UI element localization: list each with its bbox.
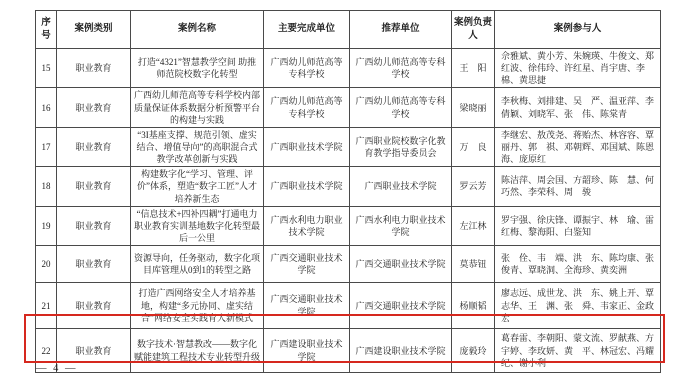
cell-leader: 庞毅玲	[452, 329, 495, 373]
cell-recommender: 广西交通职业技术学院	[350, 283, 452, 329]
cell-participants: 廖志远、成世龙、洪 东、姚上开、覃志华、王 渊、张 舜、韦家正、金政宏	[495, 283, 661, 329]
cell-leader: 罗云芳	[452, 167, 495, 206]
cell-leader: 莫恭钮	[452, 246, 495, 283]
cell-recommender: 广西水利电力职业技术学院	[350, 206, 452, 245]
header-participants: 案例参与人	[495, 11, 661, 49]
cell-recommender: 广西建设职业技术学院	[350, 329, 452, 373]
cell-no: 20	[36, 246, 57, 283]
cell-category: 职业教育	[57, 283, 131, 329]
cell-leader: 梁晓丽	[452, 88, 495, 127]
cell-category: 职业教育	[57, 206, 131, 245]
cell-main-unit: 广西交通职业技术学院	[264, 246, 350, 283]
header-main-unit: 主要完成单位	[264, 11, 350, 49]
cell-participants: 李继宏、敖茂尧、蒋贻杰、林容容、覃丽丹、郭 祺、邓朝辉、邓国斌、陈恩海、庞原红	[495, 127, 661, 166]
cell-participants: 张 佺、韦 端、洪 东、陈均康、张俊青、覃晓洞、全海珍、黄奕洲	[495, 246, 661, 283]
table-row: 21 职业教育 打造广西网络安全人才培养基地，构建“多元协同、虚实结合”网络安全…	[36, 283, 661, 329]
cell-participants: 李秋梅、刘排建、吴 严、温亚萍、李倩颖、刘晓军、张 伟、陈棠青	[495, 88, 661, 127]
cell-leader: 左江林	[452, 206, 495, 245]
cell-case-name: 打造“4321”智慧教学空间 助推师范院校数字化转型	[131, 49, 264, 88]
table-row: 20 职业教育 资源导向，任务驱动，数字化项目库管理从0到1的转型之路 广西交通…	[36, 246, 661, 283]
cell-category: 职业教育	[57, 49, 131, 88]
cell-category: 职业教育	[57, 167, 131, 206]
cell-case-name: “3I基座支撑、规范引领、虚实结合、增值导向”的高职混合式教学改革创新与实践	[131, 127, 264, 166]
cell-recommender: 广西幼儿师范高等专科学校	[350, 88, 452, 127]
table-row: 15 职业教育 打造“4321”智慧教学空间 助推师范院校数字化转型 广西幼儿师…	[36, 49, 661, 88]
table-row: 16 职业教育 广西幼儿师范高等专科学校内部质量保证体系数据分析预警平台的构建与…	[36, 88, 661, 127]
cell-recommender: 广西职业院校数字化教育教学指导委员会	[350, 127, 452, 166]
cell-main-unit: 广西职业技术学院	[264, 127, 350, 166]
cell-case-name: 构建数字化“学习、管理、评价”体系，塑造“数字工匠”人才培养新生态	[131, 167, 264, 206]
table-row-highlighted: 22 职业教育 数字技术·智慧教改——数字化赋能建筑工程技术专业转型升级 广西建…	[36, 329, 661, 373]
cell-main-unit: 广西水利电力职业技术学院	[264, 206, 350, 245]
table-row: 18 职业教育 构建数字化“学习、管理、评价”体系，塑造“数字工匠”人才培养新生…	[36, 167, 661, 206]
page-number: — 4 —	[36, 363, 78, 374]
cell-category: 职业教育	[57, 246, 131, 283]
cell-recommender: 广西交通职业技术学院	[350, 246, 452, 283]
cell-no: 16	[36, 88, 57, 127]
cell-leader: 万 良	[452, 127, 495, 166]
cell-category: 职业教育	[57, 127, 131, 166]
header-leader: 案例负责人	[452, 11, 495, 49]
header-case-name: 案例名称	[131, 11, 264, 49]
cell-case-name: 打造广西网络安全人才培养基地，构建“多元协同、虚实结合”网络安全实践育人新模式	[131, 283, 264, 329]
cell-leader: 杨顺韬	[452, 283, 495, 329]
cell-participants: 葛春雷、李朝阳、蒙文流、罗献燕、方宇婷、李玫妍、黄 平、林冠宏、冯耀纪、谢小利	[495, 329, 661, 373]
document-page: 序号 案例类别 案例名称 主要完成单位 推荐单位 案例负责人 案例参与人 15 …	[0, 0, 692, 385]
header-category: 案例类别	[57, 11, 131, 49]
cell-no: 19	[36, 206, 57, 245]
table-row: 17 职业教育 “3I基座支撑、规范引领、虚实结合、增值导向”的高职混合式教学改…	[36, 127, 661, 166]
cell-recommender: 广西幼儿师范高等专科学校	[350, 49, 452, 88]
table-header-row: 序号 案例类别 案例名称 主要完成单位 推荐单位 案例负责人 案例参与人	[36, 11, 661, 49]
header-recommender: 推荐单位	[350, 11, 452, 49]
cell-case-name: 广西幼儿师范高等专科学校内部质量保证体系数据分析预警平台的构建与实践	[131, 88, 264, 127]
cell-case-name: 数字技术·智慧教改——数字化赋能建筑工程技术专业转型升级	[131, 329, 264, 373]
table-row: 19 职业教育 “信息技术+四补四耦”打通电力职业教育实训基地数字化转型最后一公…	[36, 206, 661, 245]
cell-no: 21	[36, 283, 57, 329]
cell-category: 职业教育	[57, 88, 131, 127]
cell-no: 15	[36, 49, 57, 88]
cell-recommender: 广西职业技术学院	[350, 167, 452, 206]
case-table: 序号 案例类别 案例名称 主要完成单位 推荐单位 案例负责人 案例参与人 15 …	[35, 10, 661, 373]
cell-case-name: “信息技术+四补四耦”打通电力职业教育实训基地数字化转型最后一公里	[131, 206, 264, 245]
cell-main-unit: 广西幼儿师范高等专科学校	[264, 88, 350, 127]
header-no: 序号	[36, 11, 57, 49]
cell-leader: 王 阳	[452, 49, 495, 88]
cell-no: 17	[36, 127, 57, 166]
cell-participants: 佘雅斌、黄小芳、朱婉瑛、牛俊文、郑红波、徐伟玲、许红星、肖宇唐、李 棉、黄思捷	[495, 49, 661, 88]
cell-participants: 陈洁萍、周会国、方韶珍、陈 慧、何巧然、李荣科、周 骏	[495, 167, 661, 206]
cell-case-name: 资源导向，任务驱动，数字化项目库管理从0到1的转型之路	[131, 246, 264, 283]
cell-main-unit: 广西幼儿师范高等专科学校	[264, 49, 350, 88]
cell-main-unit: 广西交通职业技术学院	[264, 283, 350, 329]
cell-main-unit: 广西建设职业技术学院	[264, 329, 350, 373]
cell-no: 18	[36, 167, 57, 206]
cell-main-unit: 广西职业技术学院	[264, 167, 350, 206]
cell-participants: 罗宇强、徐庆锋、谭振宇、林 瑜、雷红梅、黎海阳、白鉴知	[495, 206, 661, 245]
